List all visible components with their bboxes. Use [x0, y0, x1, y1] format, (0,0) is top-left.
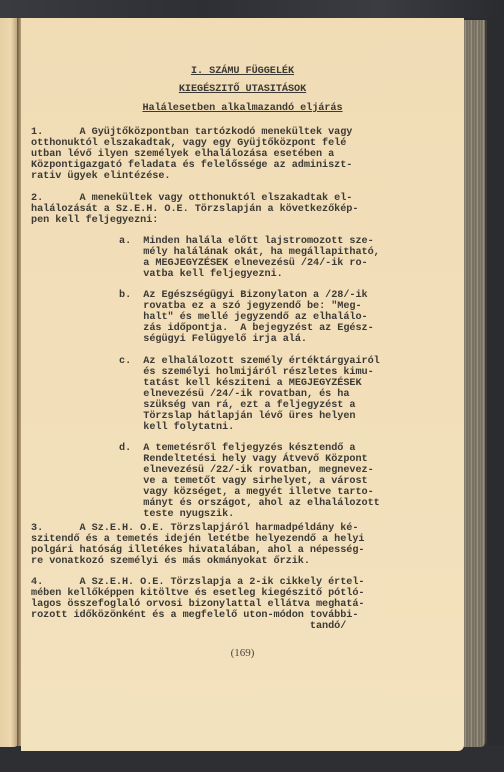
- paragraph-line: 4. A Sz.E.H. O.E. Törzslapja a 2-ik cikk…: [31, 577, 365, 588]
- list-line: c. Az elhalálozott személy értéktárgyair…: [119, 356, 380, 367]
- list-line: a. Minden halála előtt lajstromozott sze…: [119, 236, 374, 247]
- list-line: halt" és mellé jegyzendő az elhalálo-: [119, 312, 368, 323]
- page-stack-edge: [461, 20, 487, 747]
- list-line: teste nyugszik.: [119, 509, 234, 520]
- list-line: kell folytatni.: [119, 422, 234, 433]
- list-line: szükség van rá, ezt a feljegyzést a: [119, 400, 355, 411]
- list-line: ve a temetőt vagy sirhelyet, a várost: [119, 476, 368, 487]
- book-page: I. SZÁMU FÜGGELÉK KIEGÉSZITŐ UTASITÁSOK …: [21, 18, 464, 751]
- paragraph-line: 1. A Gyüjtőközpontban tartózkodó menekül…: [31, 127, 352, 138]
- list-line: rovatba ez a szó jegyzendő be: "Meg-: [119, 301, 362, 312]
- paragraph-line: Központigazgató feladata és felelőssége …: [31, 160, 352, 171]
- paragraph-line: 2. A menekültek vagy otthonuktól elszaka…: [31, 193, 352, 204]
- appendix-title: I. SZÁMU FÜGGELÉK: [21, 66, 464, 77]
- list-line: ségügyi Felügyelő irja alá.: [119, 334, 307, 345]
- background-top: [0, 0, 504, 18]
- list-line: tatást kell késziteni a MEGJEGYZÉSEK: [119, 378, 362, 389]
- paragraph-line: utban lévő ilyen személyek elhalálozása …: [31, 149, 334, 160]
- list-line: elnevezésü /24/-ik rovatban, és ha: [119, 389, 349, 400]
- list-line: d. A temetésről feljegyzés késztendő a: [119, 443, 355, 454]
- page-number: (169): [21, 647, 464, 659]
- list-line: Rendeltetési hely vagy Átvevő Központ: [119, 454, 368, 465]
- list-line: Törzslap hátlapján lévő üres helyen: [119, 411, 355, 422]
- list-line: mányt és országot, ahol az elhalálozott: [119, 498, 380, 509]
- subsection-title: Halálesetben alkalmazandó eljárás: [21, 103, 464, 114]
- list-line: és személyi holmijáról részletes kimu-: [119, 367, 374, 378]
- paragraph-line: rozott időközönként és a megfelelő uton-…: [31, 610, 358, 621]
- paragraph-line: tandó/: [31, 621, 346, 632]
- paragraph-line: 3. A Sz.E.H. O.E. Törzslapjáról harmadpé…: [31, 523, 358, 534]
- section-title: KIEGÉSZITŐ UTASITÁSOK: [21, 84, 464, 95]
- paragraph-line: szitendő és a temetés idején letétbe hel…: [31, 534, 365, 545]
- paragraph-line: halálozását a Sz.E.H. O.E. Törzslapján a…: [31, 204, 358, 215]
- paragraph-line: otthonuktól elszakadtak, vagy egy Gyüjtő…: [31, 138, 346, 149]
- list-line: a MEGJEGYZÉSEK elnevezésü /24/-ik ro-: [119, 258, 368, 269]
- list-line: b. Az Egészségügyi Bizonylaton a /28/-ik: [119, 290, 368, 301]
- list-line: zás időpontja. A bejegyzést az Egész-: [119, 323, 374, 334]
- paragraph-line: polgári hatóság illetékes hivatalában, a…: [31, 545, 365, 556]
- paragraph-line: lagos összefoglaló orvosi bizonylattal e…: [31, 599, 365, 610]
- list-line: mély halálának okát, ha megállapitható,: [119, 247, 380, 258]
- paragraph-line: rativ ügyek elintézése.: [31, 171, 170, 182]
- list-line: vagy községet, a megyét illetve tarto-: [119, 487, 374, 498]
- list-line: elnevezésü /22/-ik rovatban, megnevez-: [119, 465, 374, 476]
- facing-page-edge: [0, 18, 18, 747]
- paragraph-line: mében kellőképpen kitöltve és esetleg ki…: [31, 588, 365, 599]
- paragraph-line: pen kell feljegyezni:: [31, 215, 158, 226]
- paragraph-line: re vonatkozó személyi és más okmányokat …: [31, 556, 310, 567]
- list-line: vatba kell feljegyezni.: [119, 269, 283, 280]
